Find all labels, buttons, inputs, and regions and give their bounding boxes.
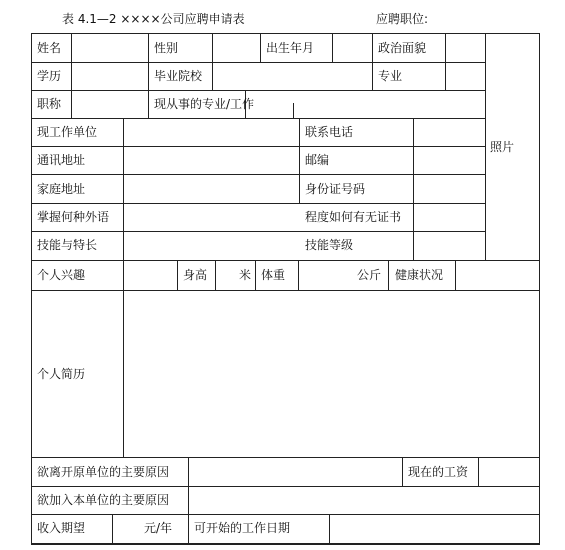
join-reason-input[interactable] bbox=[189, 487, 539, 514]
label-political: 政治面貌 bbox=[378, 41, 426, 55]
weight-input[interactable] bbox=[299, 261, 359, 290]
employer-input[interactable] bbox=[124, 119, 299, 146]
label-id: 身份证号码 bbox=[305, 182, 365, 196]
label-phone: 联系电话 bbox=[305, 125, 353, 139]
label-major: 专业 bbox=[378, 69, 402, 83]
label-skills: 技能与特长 bbox=[37, 238, 97, 252]
label-leave-reason: 欲离开原单位的主要原因 bbox=[37, 465, 169, 479]
start-date-input[interactable] bbox=[330, 515, 539, 543]
label-weight: 体重 bbox=[261, 268, 285, 282]
phone-input[interactable] bbox=[414, 119, 485, 146]
school-input[interactable] bbox=[213, 63, 372, 90]
major-input[interactable] bbox=[446, 63, 485, 90]
label-school: 毕业院校 bbox=[154, 69, 202, 83]
position-label: 应聘职位: bbox=[376, 12, 428, 26]
resume-input[interactable] bbox=[124, 291, 539, 457]
form-title: 表 4.1—2 ××××公司应聘申请表 bbox=[62, 12, 245, 26]
skill-level-input[interactable] bbox=[414, 232, 485, 260]
home-input[interactable] bbox=[124, 175, 299, 203]
language-input[interactable] bbox=[124, 204, 299, 231]
label-current-major: 现从事的专业/工作 bbox=[154, 97, 254, 111]
label-join-reason: 欲加入本单位的主要原因 bbox=[37, 493, 169, 507]
photo-area[interactable] bbox=[486, 34, 539, 260]
label-health: 健康状况 bbox=[395, 268, 443, 282]
label-per-year: 元/年 bbox=[144, 521, 172, 535]
label-birth: 出生年月 bbox=[266, 41, 314, 55]
label-expected: 收入期望 bbox=[37, 521, 85, 535]
label-resume: 个人简历 bbox=[37, 367, 85, 381]
label-height: 身高 bbox=[183, 268, 207, 282]
label-home: 家庭地址 bbox=[37, 182, 85, 196]
label-employer: 现工作单位 bbox=[37, 125, 97, 139]
label-name: 姓名 bbox=[37, 41, 61, 55]
label-skill-level: 技能等级 bbox=[305, 238, 353, 252]
label-zip: 邮编 bbox=[305, 153, 329, 167]
name-input[interactable] bbox=[72, 34, 148, 62]
title-input[interactable] bbox=[72, 91, 148, 118]
political-input[interactable] bbox=[446, 34, 485, 62]
label-address: 通讯地址 bbox=[37, 153, 85, 167]
expected-income-input[interactable] bbox=[113, 515, 143, 543]
salary-input[interactable] bbox=[479, 458, 539, 486]
label-education: 学历 bbox=[37, 69, 61, 83]
label-gender: 性别 bbox=[154, 41, 178, 55]
birth-input[interactable] bbox=[333, 34, 372, 62]
label-hobby: 个人兴趣 bbox=[37, 268, 85, 282]
label-title: 职称 bbox=[37, 97, 61, 111]
label-language: 掌握何种外语 bbox=[37, 210, 109, 224]
education-input[interactable] bbox=[72, 63, 148, 90]
hobby-input[interactable] bbox=[124, 261, 177, 290]
gender-input[interactable] bbox=[213, 34, 260, 62]
leave-reason-input[interactable] bbox=[189, 458, 402, 486]
address-input[interactable] bbox=[124, 147, 299, 174]
current-major-input[interactable] bbox=[246, 91, 485, 118]
label-level: 程度如何有无证书 bbox=[305, 210, 401, 224]
id-input[interactable] bbox=[414, 175, 485, 203]
label-meter: 米 bbox=[239, 268, 251, 282]
position-input[interactable] bbox=[430, 9, 530, 29]
zip-input[interactable] bbox=[414, 147, 485, 174]
label-kg: 公斤 bbox=[357, 268, 381, 282]
level-input[interactable] bbox=[414, 204, 485, 231]
label-start-date: 可开始的工作日期 bbox=[194, 521, 290, 535]
health-input[interactable] bbox=[456, 261, 539, 290]
label-salary: 现在的工资 bbox=[408, 465, 468, 479]
skills-input[interactable] bbox=[124, 232, 299, 260]
